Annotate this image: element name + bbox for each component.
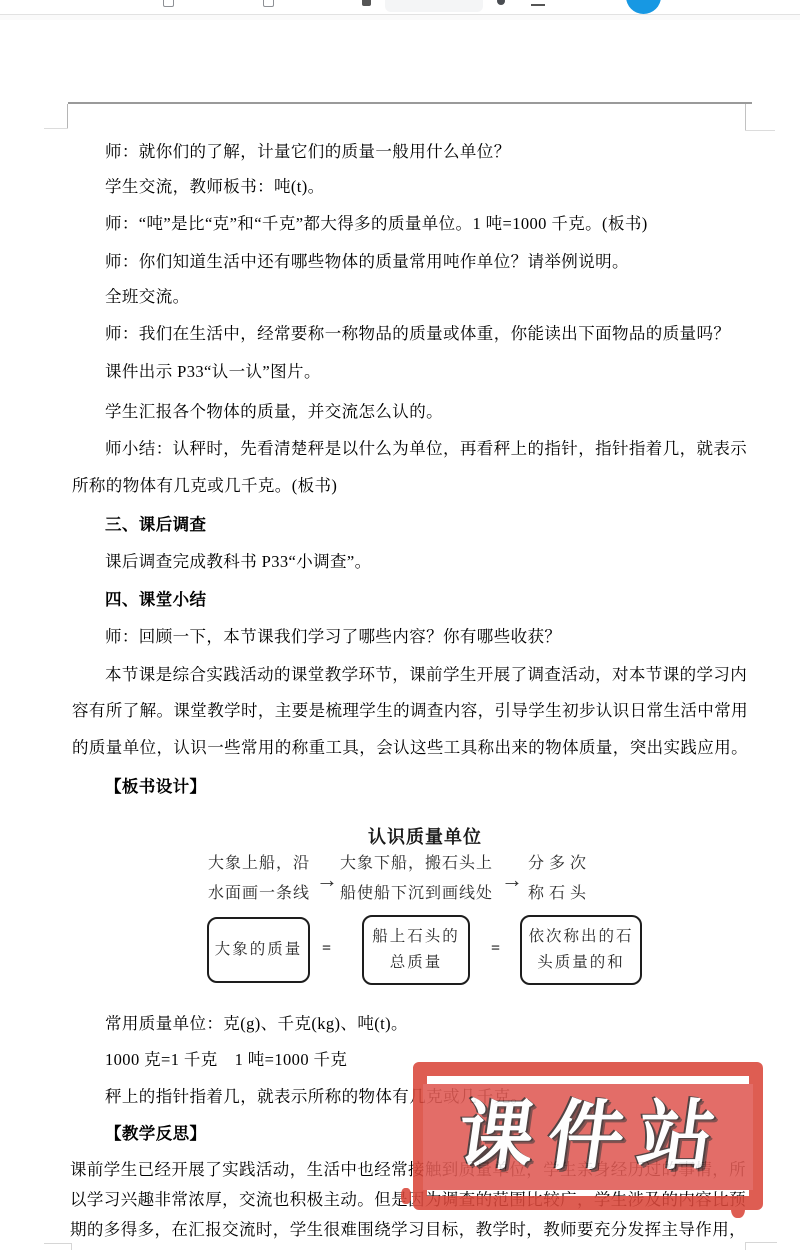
text-line: 师：就你们的了解，计量它们的质量一般用什么单位？ <box>105 142 511 161</box>
comment-icon[interactable] <box>497 0 505 5</box>
text-line: 学生交流，教师板书：吨(t)。 <box>105 177 325 196</box>
text-line: 学生汇报各个物体的质量，并交流怎么认的。 <box>105 402 443 421</box>
flow-step-3: 分多次 称石头 <box>528 849 591 909</box>
text-line: 师小结：认秤时，先看清楚秤是以什么为单位，再看秤上的指针，指针指着几，就表示 <box>105 439 747 458</box>
stamp-ink-blob <box>401 1188 411 1204</box>
text-line: 的质量单位，认识一些常用的称重工具，会认这些工具称出来的物体质量，突出实践应用。 <box>72 738 748 757</box>
text-line: 三、课后调查 <box>105 515 206 534</box>
document-viewer: 师：就你们的了解，计量它们的质量一般用什么单位？学生交流，教师板书：吨(t)。师… <box>0 0 800 1250</box>
box-stones-on-boat: 船上石头的 总质量 <box>362 915 470 985</box>
text-line: 所称的物体有几克或几千克。(板书) <box>72 476 337 495</box>
flow-step-1: 大象上船，沿 水面画一条线 <box>208 849 310 909</box>
text-line: 师：我们在生活中，经常要称一称物品的质量或体重，你能读出下面物品的质量吗？ <box>105 324 730 343</box>
text-line: 期的多得多，在汇报交流时，学生很难围绕学习目标，教学时，教师要充分发挥主导作用， <box>70 1220 746 1239</box>
text-line: 本节课是综合实践活动的课堂教学环节，课前学生开展了调查活动，对本节课的学习内 <box>105 665 747 684</box>
text-line: 常用质量单位：克(g)、千克(kg)、吨(t)。 <box>105 1014 408 1033</box>
print-icon[interactable] <box>263 0 274 7</box>
watermark-stamp: 课件站 <box>413 1062 763 1210</box>
text-line: 师：你们知道生活中还有哪些物体的质量常用吨作单位？请举例说明。 <box>105 252 629 271</box>
text-line: 课件出示 P33“认一认”图片。 <box>105 362 321 381</box>
document-icon[interactable] <box>163 0 174 7</box>
toolbar-underlay <box>0 15 800 20</box>
list-icon[interactable] <box>531 0 545 6</box>
equals-sign: = <box>322 940 331 958</box>
text-line: 容有所了解。课堂教学时，主要是梳理学生的调查内容，引导学生初步认识日常生活中常用 <box>72 701 748 720</box>
flow-step-2: 大象下船，搬石头上 船使船下沉到画线处 <box>340 849 493 909</box>
text-line: 四、课堂小结 <box>105 590 206 609</box>
equals-sign: = <box>491 940 500 958</box>
text-line: 师：回顾一下，本节课我们学习了哪些内容？你有哪些收获？ <box>105 627 561 646</box>
stamp-text: 课件站 <box>443 1099 734 1175</box>
arrow-icon: → <box>316 869 338 891</box>
box-sum-of-stones: 依次称出的石 头质量的和 <box>520 915 642 985</box>
zoom-pill[interactable] <box>385 0 483 12</box>
text-line: 【教学反思】 <box>105 1124 206 1143</box>
box-elephant-mass: 大象的质量 <box>207 917 310 983</box>
text-line: 【板书设计】 <box>105 777 206 796</box>
text-line: 1000 克=1 千克 1 吨=1000 千克 <box>105 1050 347 1069</box>
stamp-ink-blob <box>731 1196 745 1218</box>
arrow-icon: → <box>501 869 523 891</box>
text-line: 全班交流。 <box>105 287 190 306</box>
text-line: 课后调查完成教科书 P33“小调查”。 <box>105 552 372 571</box>
toolbar <box>0 0 800 14</box>
undo-icon[interactable] <box>362 0 371 6</box>
stamp-fill: 课件站 <box>423 1084 753 1190</box>
avatar[interactable] <box>626 0 661 14</box>
text-line: 师：“吨”是比“克”和“千克”都大得多的质量单位。1 吨=1000 千克。(板书… <box>105 214 648 233</box>
board-title: 认识质量单位 <box>300 823 550 849</box>
